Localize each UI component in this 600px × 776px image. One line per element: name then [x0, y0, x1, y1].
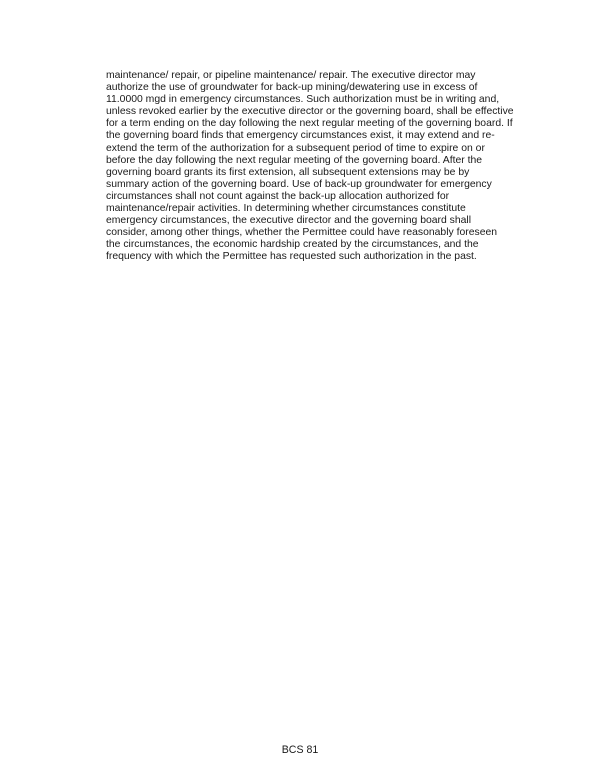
paragraph-line: governing board grants its first extensi…: [106, 167, 546, 179]
paragraph-line: unless revoked earlier by the executive …: [106, 106, 546, 118]
paragraph-line: consider, among other things, whether th…: [106, 227, 546, 239]
paragraph-line: emergency circumstances, the executive d…: [106, 215, 546, 227]
document-page: maintenance/ repair, or pipeline mainten…: [0, 0, 600, 776]
paragraph-line: the circumstances, the economic hardship…: [106, 239, 546, 251]
paragraph-line: authorize the use of groundwater for bac…: [106, 82, 546, 94]
paragraph-line: maintenance/ repair, or pipeline mainten…: [106, 70, 546, 82]
paragraph-line: before the day following the next regula…: [106, 155, 546, 167]
paragraph-line: for a term ending on the day following t…: [106, 118, 546, 130]
paragraph-line: 11.0000 mgd in emergency circumstances. …: [106, 94, 546, 106]
paragraph-line: circumstances shall not count against th…: [106, 191, 546, 203]
body-paragraph: maintenance/ repair, or pipeline mainten…: [106, 70, 546, 264]
paragraph-line: summary action of the governing board. U…: [106, 179, 546, 191]
paragraph-line: the governing board finds that emergency…: [106, 130, 546, 142]
paragraph-line: extend the term of the authorization for…: [106, 143, 546, 155]
paragraph-line: frequency with which the Permittee has r…: [106, 251, 546, 263]
page-number-footer: BCS 81: [0, 744, 600, 756]
paragraph-line: maintenance/repair activities. In determ…: [106, 203, 546, 215]
